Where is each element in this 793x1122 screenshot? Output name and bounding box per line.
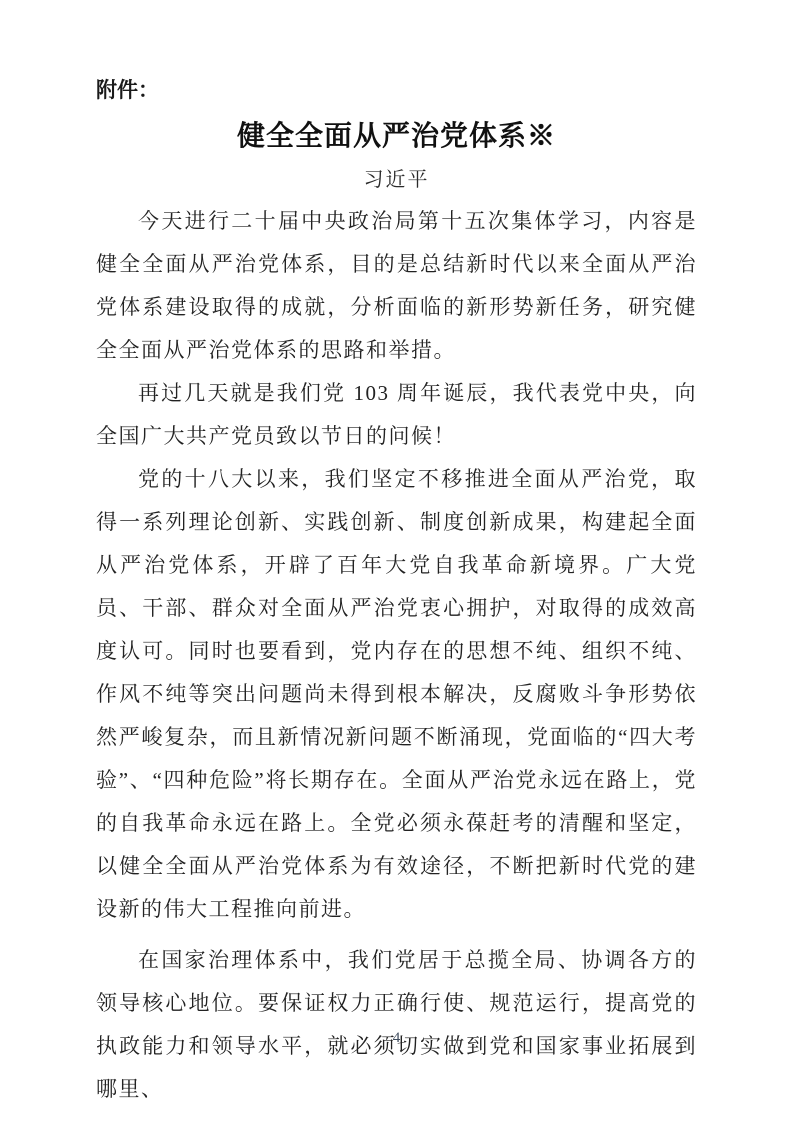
page-number: 4: [0, 1030, 793, 1047]
document-page: 附件： 健全全面从严治党体系※ 习近平 今天进行二十届中央政治局第十五次集体学习…: [0, 0, 793, 1122]
author-line: 习近平: [96, 168, 697, 192]
document-body: 今天进行二十届中央政治局第十五次集体学习，内容是健全全面从严治党体系，目的是总结…: [96, 200, 697, 1111]
body-paragraph-4: 在国家治理体系中，我们党居于总揽全局、协调各方的领导核心地位。要保证权力正确行使…: [96, 939, 697, 1111]
body-paragraph-2: 再过几天就是我们党 103 周年诞辰，我代表党中央，向全国广大共产党员致以节日的…: [96, 372, 697, 458]
attachment-label: 附件：: [96, 80, 697, 102]
page-title: 健全全面从严治党体系※: [96, 120, 697, 154]
body-paragraph-1: 今天进行二十届中央政治局第十五次集体学习，内容是健全全面从严治党体系，目的是总结…: [96, 200, 697, 372]
body-paragraph-3: 党的十八大以来，我们坚定不移推进全面从严治党，取得一系列理论创新、实践创新、制度…: [96, 458, 697, 931]
